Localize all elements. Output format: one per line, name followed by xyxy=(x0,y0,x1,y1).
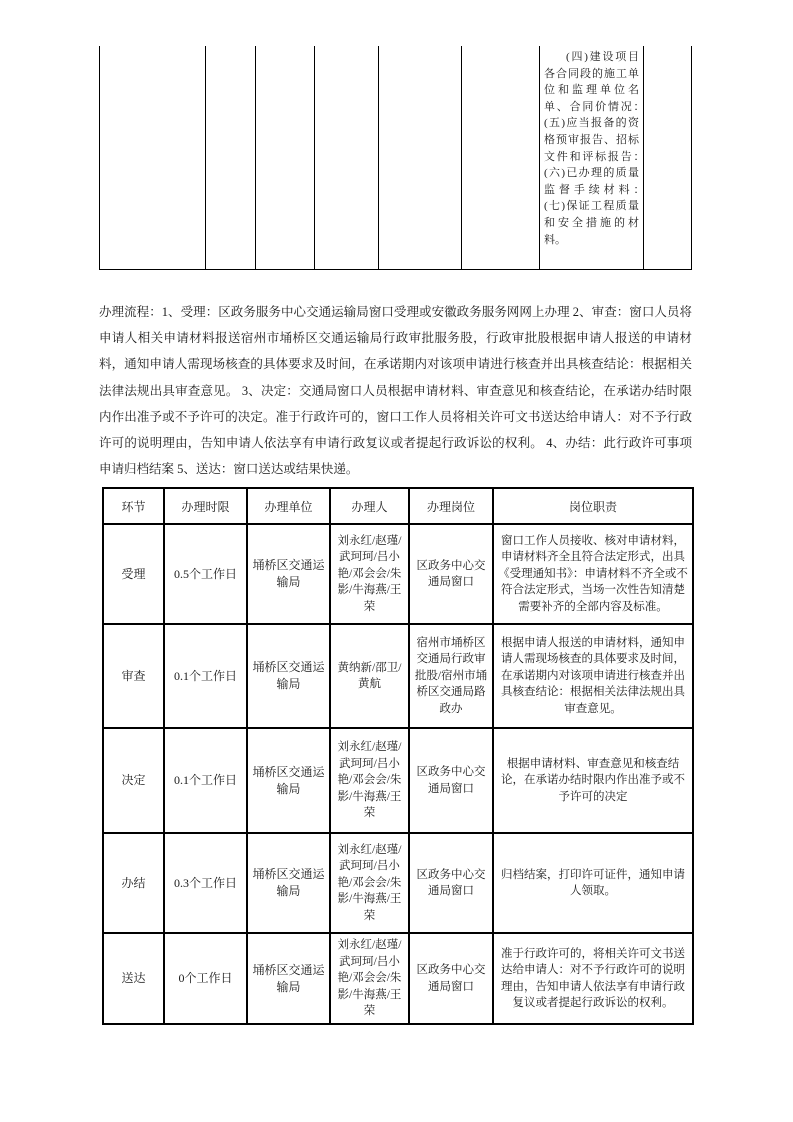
time-limit: 0.1个工作日 xyxy=(164,624,247,728)
column-header-unit: 办理单位 xyxy=(247,488,330,524)
handlers: 刘永红/赵瑾/武珂珂/吕小艳/邓会会/朱影/牛海燕/王荣 xyxy=(330,524,409,624)
column-header-duty: 岗位职责 xyxy=(493,488,693,524)
handling-unit: 埇桥区交通运输局 xyxy=(247,933,330,1024)
step-name: 送达 xyxy=(103,933,164,1024)
document-page: (四)建设项目各合同段的施工单位和监理单位名单、合同价情况： (五)应当报备的资… xyxy=(0,0,793,1122)
post-duty: 根据申请材料、审查意见和核查结论，在承诺办结时限内作出准予或不予许可的决定 xyxy=(493,728,693,833)
post-duty: 准于行政许可的，将相关许可文书送达给申请人：对不予行政许可的说明理由，告知申请人… xyxy=(493,933,693,1024)
handling-post: 区政务中心交通局窗口 xyxy=(409,933,493,1024)
column-header-time-limit: 办理时限 xyxy=(164,488,247,524)
handlers: 刘永红/赵瑾/武珂珂/吕小艳/邓会会/朱影/牛海燕/王荣 xyxy=(330,933,409,1024)
column-header-post: 办理岗位 xyxy=(409,488,493,524)
continuation-cell-materials: (四)建设项目各合同段的施工单位和监理单位名单、合同价情况： (五)应当报备的资… xyxy=(539,46,643,269)
table-row-accept: 受理 0.5个工作日 埇桥区交通运输局 刘永红/赵瑾/武珂珂/吕小艳/邓会会/朱… xyxy=(103,524,693,624)
continuation-cell-empty-7 xyxy=(643,46,692,269)
post-duty: 归档结案，打印许可证件，通知申请人领取。 xyxy=(493,833,693,933)
time-limit: 0个工作日 xyxy=(164,933,247,1024)
handling-post: 区政务中心交通局窗口 xyxy=(409,833,493,933)
table-row-decide: 决定 0.1个工作日 埇桥区交通运输局 刘永红/赵瑾/武珂珂/吕小艳/邓会会/朱… xyxy=(103,728,693,833)
step-name: 办结 xyxy=(103,833,164,933)
handling-unit: 埇桥区交通运输局 xyxy=(247,833,330,933)
table-row-review: 审查 0.1个工作日 埇桥区交通运输局 黄纳新/邵卫/黄航 宿州市埇桥区交通局行… xyxy=(103,624,693,728)
continuation-cell-empty-2 xyxy=(205,46,255,269)
continuation-cell-empty-6 xyxy=(461,46,539,269)
continuation-cell-empty-4 xyxy=(314,46,378,269)
handlers: 黄纳新/邵卫/黄航 xyxy=(330,624,409,728)
table-row-deliver: 送达 0个工作日 埇桥区交通运输局 刘永红/赵瑾/武珂珂/吕小艳/邓会会/朱影/… xyxy=(103,933,693,1024)
handling-unit: 埇桥区交通运输局 xyxy=(247,624,330,728)
post-duty: 窗口工作人员接收、核对申请材料，申请材料齐全且符合法定形式，出具《受理通知书》：… xyxy=(493,524,693,624)
post-duty: 根据申请人报送的申请材料，通知申请人需现场核查的具体要求及时间，在承诺期内对该项… xyxy=(493,624,693,728)
handling-post: 宿州市埇桥区交通局行政审批股/宿州市埇桥区交通局路政办 xyxy=(409,624,493,728)
time-limit: 0.1个工作日 xyxy=(164,728,247,833)
continuation-cell-empty-1 xyxy=(99,46,205,269)
continuation-cell-empty-3 xyxy=(255,46,314,269)
continuation-cell-empty-5 xyxy=(378,46,461,269)
steps-table: 环节 办理时限 办理单位 办理人 办理岗位 岗位职责 受理 0.5个工作日 埇桥… xyxy=(102,487,694,1025)
step-name: 受理 xyxy=(103,524,164,624)
steps-table-header-row: 环节 办理时限 办理单位 办理人 办理岗位 岗位职责 xyxy=(103,488,693,524)
handling-post: 区政务中心交通局窗口 xyxy=(409,524,493,624)
step-name: 审查 xyxy=(103,624,164,728)
handling-unit: 埇桥区交通运输局 xyxy=(247,524,330,624)
column-header-step: 环节 xyxy=(103,488,164,524)
handlers: 刘永红/赵瑾/武珂珂/吕小艳/邓会会/朱影/牛海燕/王荣 xyxy=(330,833,409,933)
handlers: 刘永红/赵瑾/武珂珂/吕小艳/邓会会/朱影/牛海燕/王荣 xyxy=(330,728,409,833)
continuation-table: (四)建设项目各合同段的施工单位和监理单位名单、合同价情况： (五)应当报备的资… xyxy=(99,46,692,270)
handling-post: 区政务中心交通局窗口 xyxy=(409,728,493,833)
column-header-handlers: 办理人 xyxy=(330,488,409,524)
time-limit: 0.5个工作日 xyxy=(164,524,247,624)
process-flow-paragraph: 办理流程：1、受理：区政务服务中心交通运输局窗口受理或安徽政务服务网网上办理 2… xyxy=(99,299,692,482)
materials-list-text: (四)建设项目各合同段的施工单位和监理单位名单、合同价情况： (五)应当报备的资… xyxy=(540,46,643,250)
time-limit: 0.3个工作日 xyxy=(164,833,247,933)
step-name: 决定 xyxy=(103,728,164,833)
handling-unit: 埇桥区交通运输局 xyxy=(247,728,330,833)
table-row-conclude: 办结 0.3个工作日 埇桥区交通运输局 刘永红/赵瑾/武珂珂/吕小艳/邓会会/朱… xyxy=(103,833,693,933)
